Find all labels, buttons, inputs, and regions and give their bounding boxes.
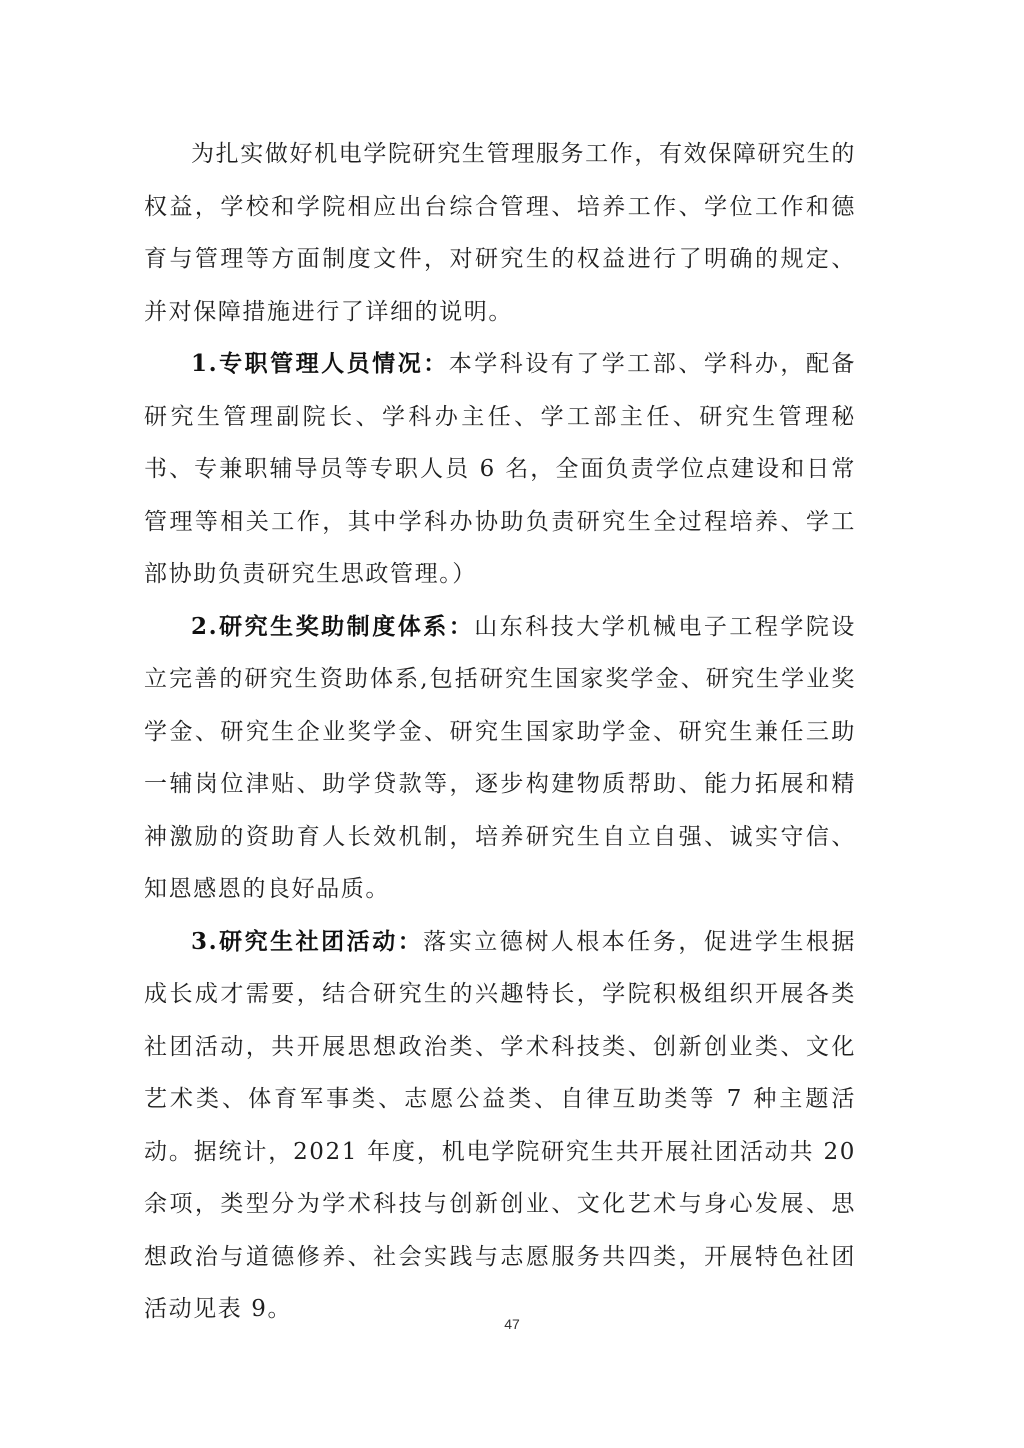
intro-paragraph-text: 为扎实做好机电学院研究生管理服务工作，有效保障研究生的权益，学校和学院相应出台综…	[144, 141, 856, 325]
staff-paragraph-text: 本学科设有了学工部、学科办，配备研究生管理副院长、学科办主任、学工部主任、研究生…	[144, 351, 856, 587]
staff-paragraph-heading: 1.专职管理人员情况：	[191, 350, 449, 377]
document-body: 为扎实做好机电学院研究生管理服务工作，有效保障研究生的权益，学校和学院相应出台综…	[144, 128, 856, 1336]
staff-paragraph: 1.专职管理人员情况：本学科设有了学工部、学科办，配备研究生管理副院长、学科办主…	[144, 338, 856, 601]
page-number: 47	[0, 1316, 1024, 1332]
club-activities-paragraph-heading: 3.研究生社团活动：	[191, 928, 423, 955]
intro-paragraph: 为扎实做好机电学院研究生管理服务工作，有效保障研究生的权益，学校和学院相应出台综…	[144, 128, 856, 338]
scholarship-paragraph-text: 山东科技大学机械电子工程学院设立完善的研究生资助体系,包括研究生国家奖学金、研究…	[144, 614, 856, 903]
club-activities-paragraph-text: 落实立德树人根本任务，促进学生根据成长成才需要，结合研究生的兴趣特长，学院积极组…	[144, 929, 856, 1323]
document-page: 为扎实做好机电学院研究生管理服务工作，有效保障研究生的权益，学校和学院相应出台综…	[0, 0, 1024, 1448]
scholarship-paragraph-heading: 2.研究生奖助制度体系：	[191, 613, 474, 640]
scholarship-paragraph: 2.研究生奖助制度体系：山东科技大学机械电子工程学院设立完善的研究生资助体系,包…	[144, 601, 856, 916]
club-activities-paragraph: 3.研究生社团活动：落实立德树人根本任务，促进学生根据成长成才需要，结合研究生的…	[144, 916, 856, 1336]
